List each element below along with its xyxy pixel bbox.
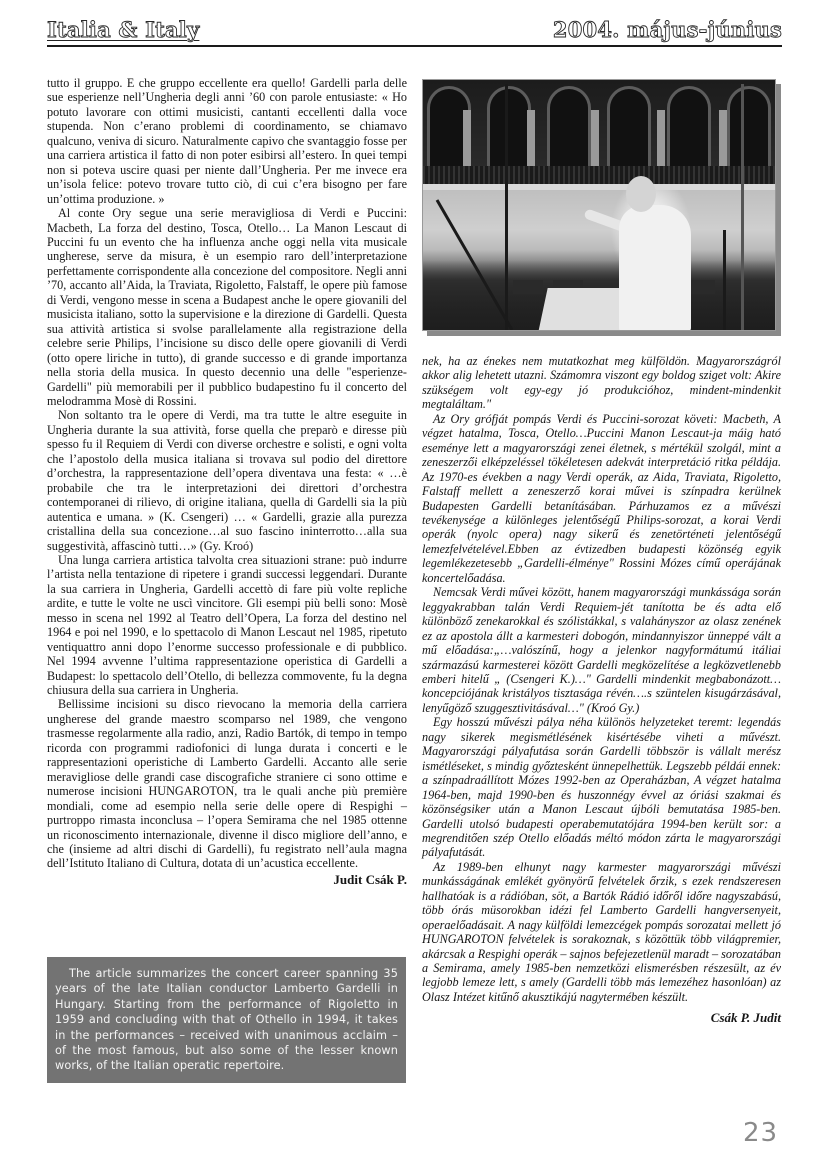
arch [607,86,651,172]
abstract-text: The article summarizes the concert caree… [55,966,398,1074]
paragraph: Una lunga carriera artistica talvolta cr… [47,553,407,698]
arch [727,86,771,172]
author-signature: Judit Csák P. [47,872,407,888]
arch [487,86,531,172]
photo-image [422,79,776,331]
mic-stand [505,84,508,331]
header-rule [47,45,782,47]
italian-article-column: tutto il gruppo. E che gruppo eccellente… [47,76,407,888]
conductor-head [626,176,656,212]
conductor-photo [422,79,776,331]
ledge [423,184,776,190]
conductor-figure [619,205,691,331]
balcony [423,166,776,186]
music-stand [513,280,543,294]
paragraph: nek, ha az énekes nem mutatkozhat meg kü… [422,354,781,412]
hungarian-article-column: nek, ha az énekes nem mutatkozhat meg kü… [422,354,781,1026]
mic-stand [741,84,744,331]
paragraph: Az 1989-ben elhunyt nagy karmester magya… [422,860,781,1005]
paragraph: Non soltanto tra le opere di Verdi, ma t… [47,408,407,553]
english-abstract-box: The article summarizes the concert caree… [47,957,406,1083]
arch [547,86,591,172]
paragraph: Az Ory gróf​ját pompás Verdi és Puccini-… [422,412,781,585]
author-signature: Csák P. Judit [422,1010,781,1026]
paragraph: Al conte Ory segue una serie meraviglios… [47,206,407,408]
magazine-title: Italia & Italy [47,17,199,42]
arch [667,86,711,172]
mic-stand [723,230,726,330]
paragraph: tutto il gruppo. E che gruppo eccellente… [47,76,407,206]
page-number: 23 [743,1118,778,1148]
paragraph: Bellissime incisioni su disco rievocano … [47,697,407,870]
issue-date: 2004. május-június [553,17,782,42]
paragraph: Nemcsak Verdi művei között, hanem magyar… [422,585,781,715]
paragraph: Egy hosszú művészi pálya néha különös he… [422,715,781,860]
